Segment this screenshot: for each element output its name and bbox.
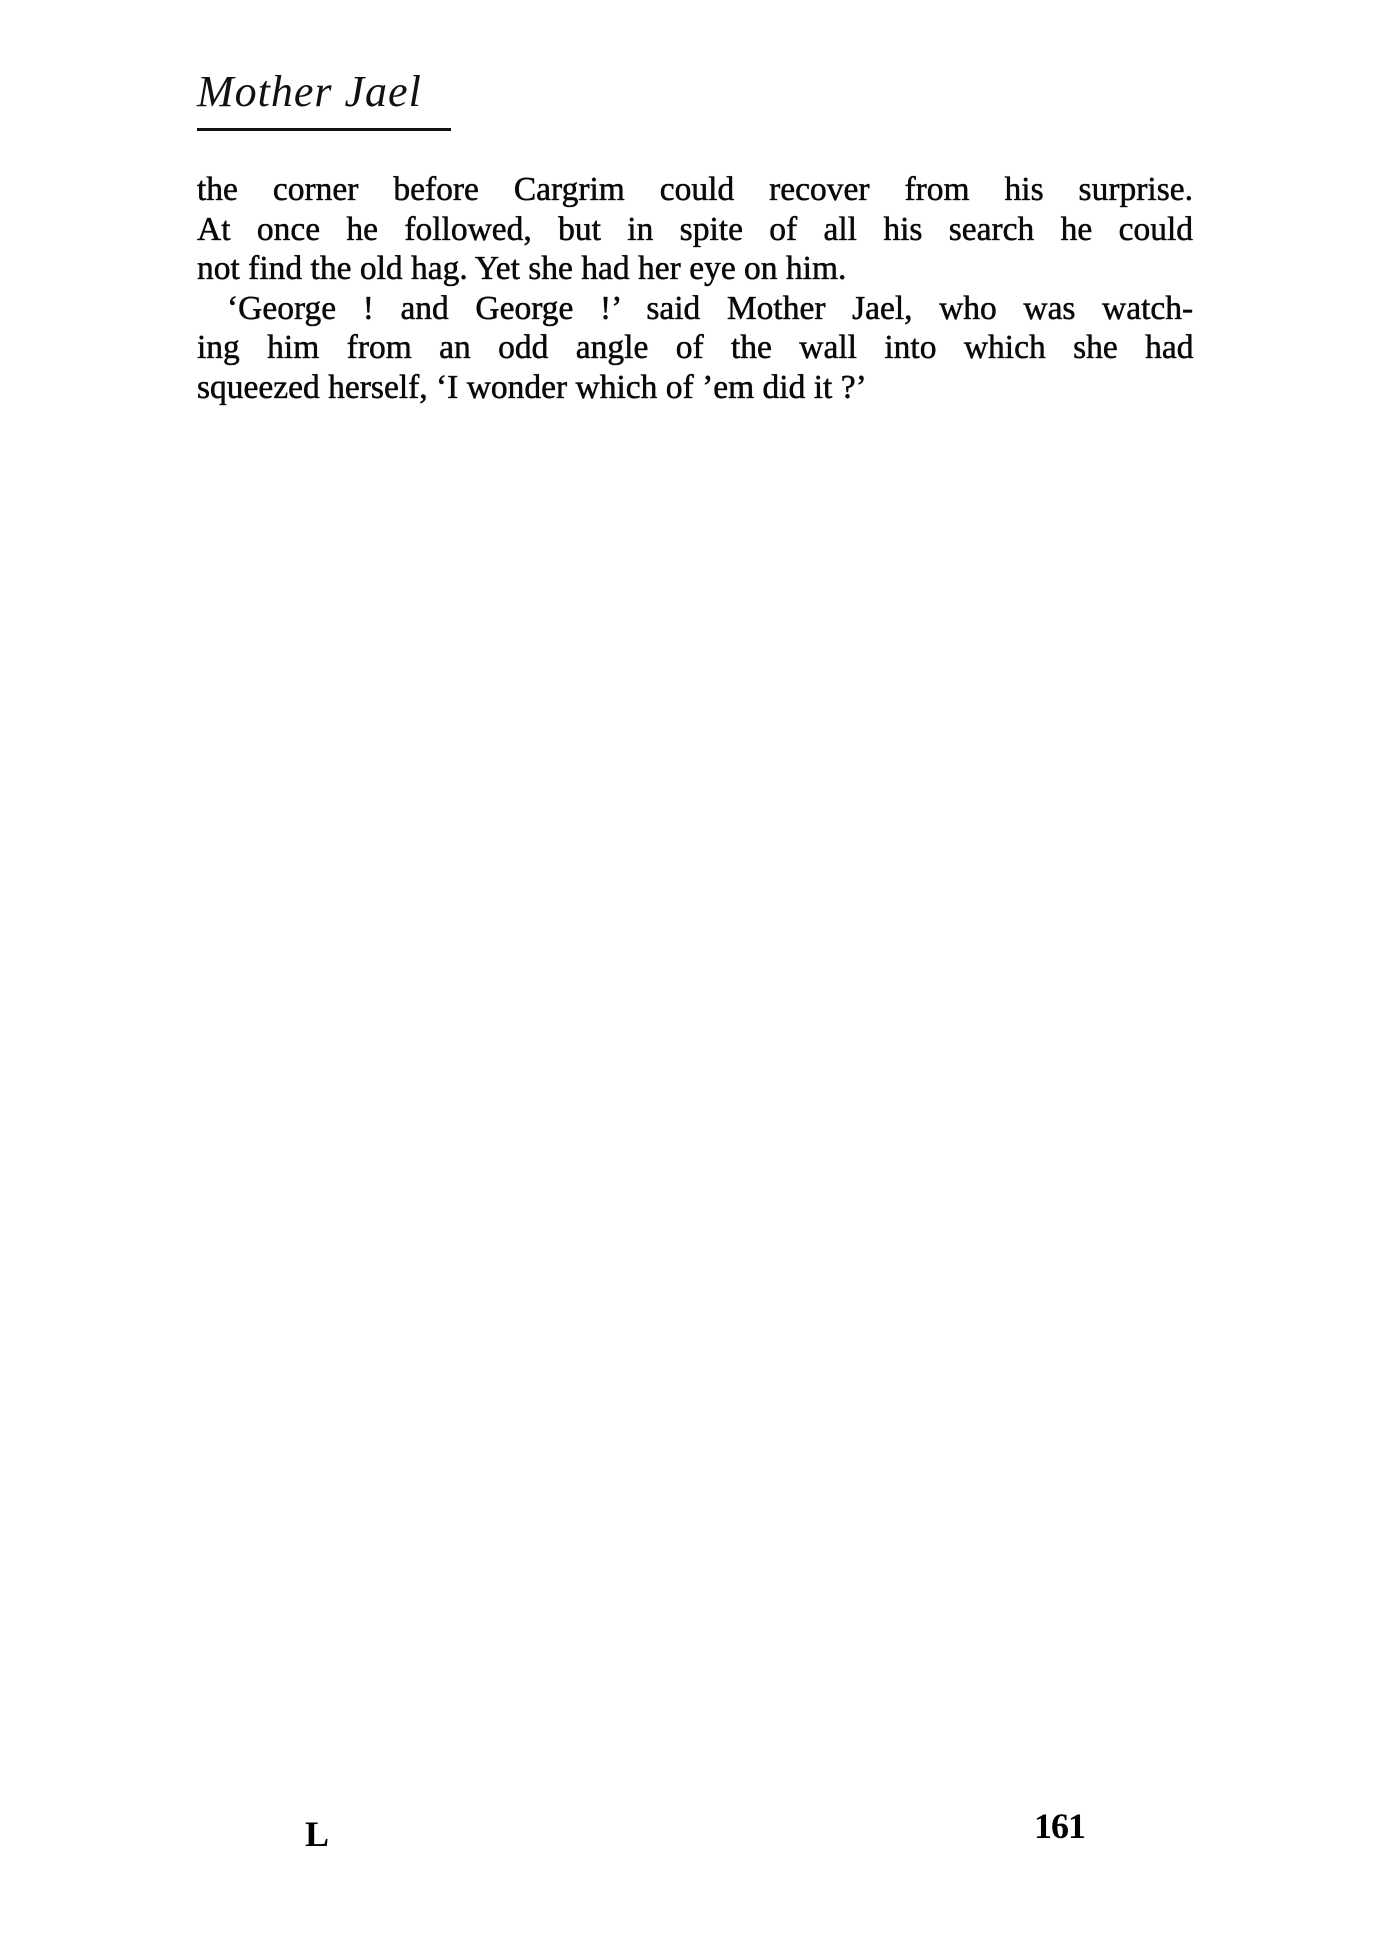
text-line: squeezed herself, ‘I wonder which of ’em…	[197, 368, 1193, 408]
signature-mark: L	[305, 1814, 329, 1854]
text-line: not find the old hag. Yet she had her ey…	[197, 249, 1193, 289]
body-text: the corner before Cargrim could recover …	[197, 170, 1193, 408]
text-line: At once he followed, but in spite of all…	[197, 210, 1193, 250]
page-number: 161	[1034, 1806, 1085, 1846]
text-line: ‘George ! and George !’ said Mother Jael…	[197, 289, 1193, 329]
running-head: Mother Jael	[197, 62, 422, 122]
text-line: the corner before Cargrim could recover …	[197, 170, 1193, 210]
paragraph-2: ‘George ! and George !’ said Mother Jael…	[197, 289, 1193, 408]
paragraph-1: the corner before Cargrim could recover …	[197, 170, 1193, 289]
text-line: ing him from an odd angle of the wall in…	[197, 328, 1193, 368]
book-page: Mother Jael the corner before Cargrim co…	[0, 0, 1373, 1945]
running-head-rule	[197, 128, 451, 131]
